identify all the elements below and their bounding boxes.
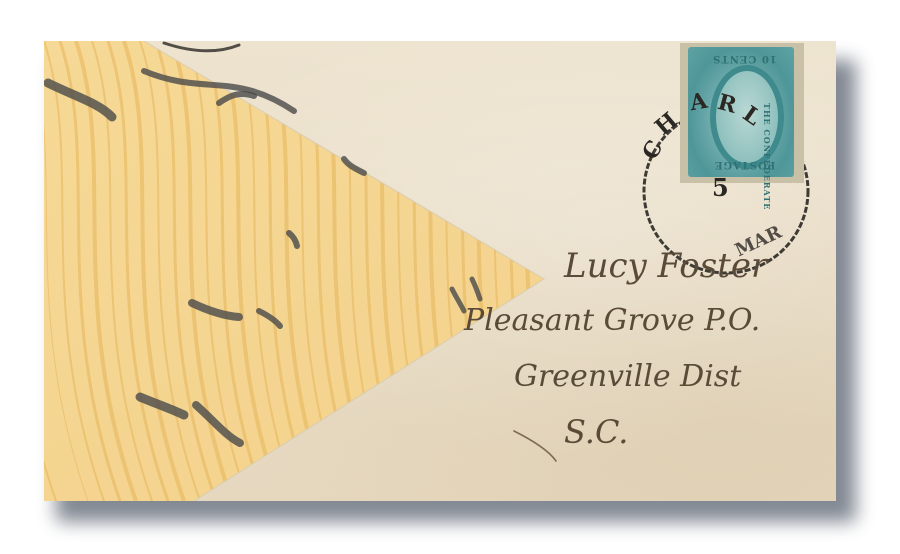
cover-photo-scene: 10 CENTS POSTAGE THE CONFEDERATE C H A R… (0, 0, 900, 554)
address-line-3: Greenville Dist (514, 359, 741, 394)
envelope: 10 CENTS POSTAGE THE CONFEDERATE C H A R… (44, 41, 836, 501)
stamp-side-text-right: THE CONFEDERATE (762, 103, 772, 210)
stamp-denomination: 10 CENTS (712, 53, 777, 64)
address-line-4: S.C. (564, 413, 628, 451)
address-line-1: Lucy Foster (564, 246, 767, 286)
address-line-2: Pleasant Grove P.O. (464, 303, 760, 338)
postmark-day: 5 (712, 173, 729, 202)
